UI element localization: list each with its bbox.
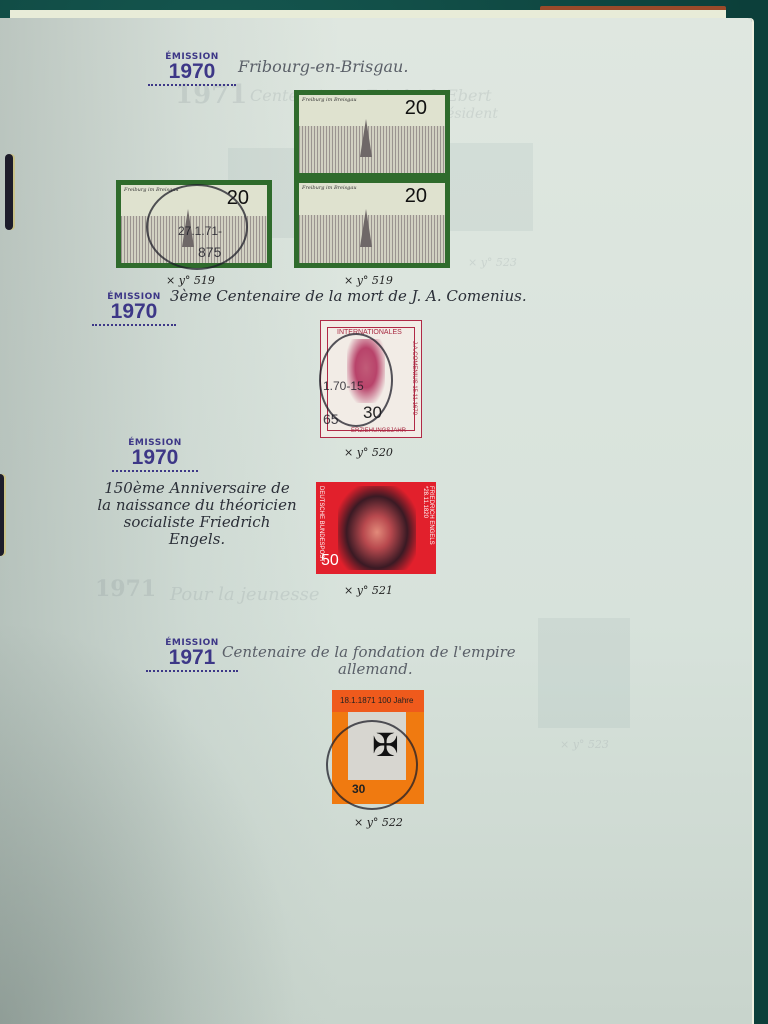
ghost-year: 1971: [95, 576, 156, 602]
section-title-empire: Centenaire de la fondation de l'empire a…: [222, 644, 516, 678]
emission-stamp-1970-freiburg: ÉMISSION 1970: [148, 52, 236, 86]
stamp-value: 20: [405, 185, 427, 208]
emission-year: 1970: [112, 448, 198, 468]
section-title-comenius: 3ème Centenaire de la mort de J. A. Come…: [170, 288, 527, 305]
emission-stamp-1970-engels: ÉMISSION 1970: [112, 438, 198, 472]
catalogue-number: × y° 519: [166, 274, 215, 287]
emission-stamp-1971-empire: ÉMISSION 1971: [146, 638, 238, 672]
ghost-title: Pour la jeunesse: [170, 584, 320, 605]
ghost-stamp: [448, 143, 533, 231]
section-title-engels: 150ème Anniversaire de la naissance du t…: [92, 480, 302, 548]
postmark: [326, 720, 418, 810]
engels-portrait: [338, 486, 416, 570]
catalogue-number: × y° 520: [344, 446, 393, 459]
stamp-reichsgruendung: 18.1.1871 100 Jahre ✠ 30: [332, 690, 424, 804]
stamp-freiburg-used: Freiburg im Breisgau 20 DEUTSCHE BUNDESP…: [116, 180, 272, 268]
stamp-freiburg-pair-bottom: Freiburg im Breisgau 20 DEUTSCHE BUNDESP…: [294, 178, 450, 268]
stamp-engels: DEUTSCHE BUNDESPOST FRIEDRICH ENGELS *28…: [316, 482, 436, 574]
ghost-catalogue: × y° 523: [468, 256, 517, 269]
catalogue-number: × y° 522: [354, 816, 403, 829]
album-page: 1971 Centenaire ... Friedrich Ebert Prés…: [0, 18, 752, 1024]
emission-year: 1970: [92, 302, 176, 322]
catalogue-number: × y° 521: [344, 584, 393, 597]
dotted-rule: [92, 324, 176, 326]
emission-stamp-1970-comenius: ÉMISSION 1970: [92, 292, 176, 326]
stamp-value: 20: [405, 97, 427, 120]
stamp-value: 50: [321, 552, 339, 570]
punch-hole-middle: [0, 474, 4, 556]
emission-year: 1970: [148, 62, 236, 82]
ghost-catalogue: × y° 523: [560, 738, 609, 751]
catalogue-number: × y° 519: [344, 274, 393, 287]
ghost-stamp: [538, 618, 630, 728]
emission-label: ÉMISSION: [146, 638, 238, 648]
dotted-rule: [148, 84, 236, 86]
dotted-rule: [112, 470, 198, 472]
section-title-freiburg: Fribourg-en-Brisgau.: [238, 58, 408, 75]
stamp-comenius: INTERNATIONALES J.A.COMENIUS 15.11.1670 …: [320, 320, 422, 438]
punch-hole-top: [5, 154, 13, 230]
emission-year: 1971: [146, 648, 238, 668]
stamp-freiburg-pair-top: Freiburg im Breisgau 20 DEUTSCHE BUNDESP…: [294, 90, 450, 178]
dotted-rule: [146, 670, 238, 672]
